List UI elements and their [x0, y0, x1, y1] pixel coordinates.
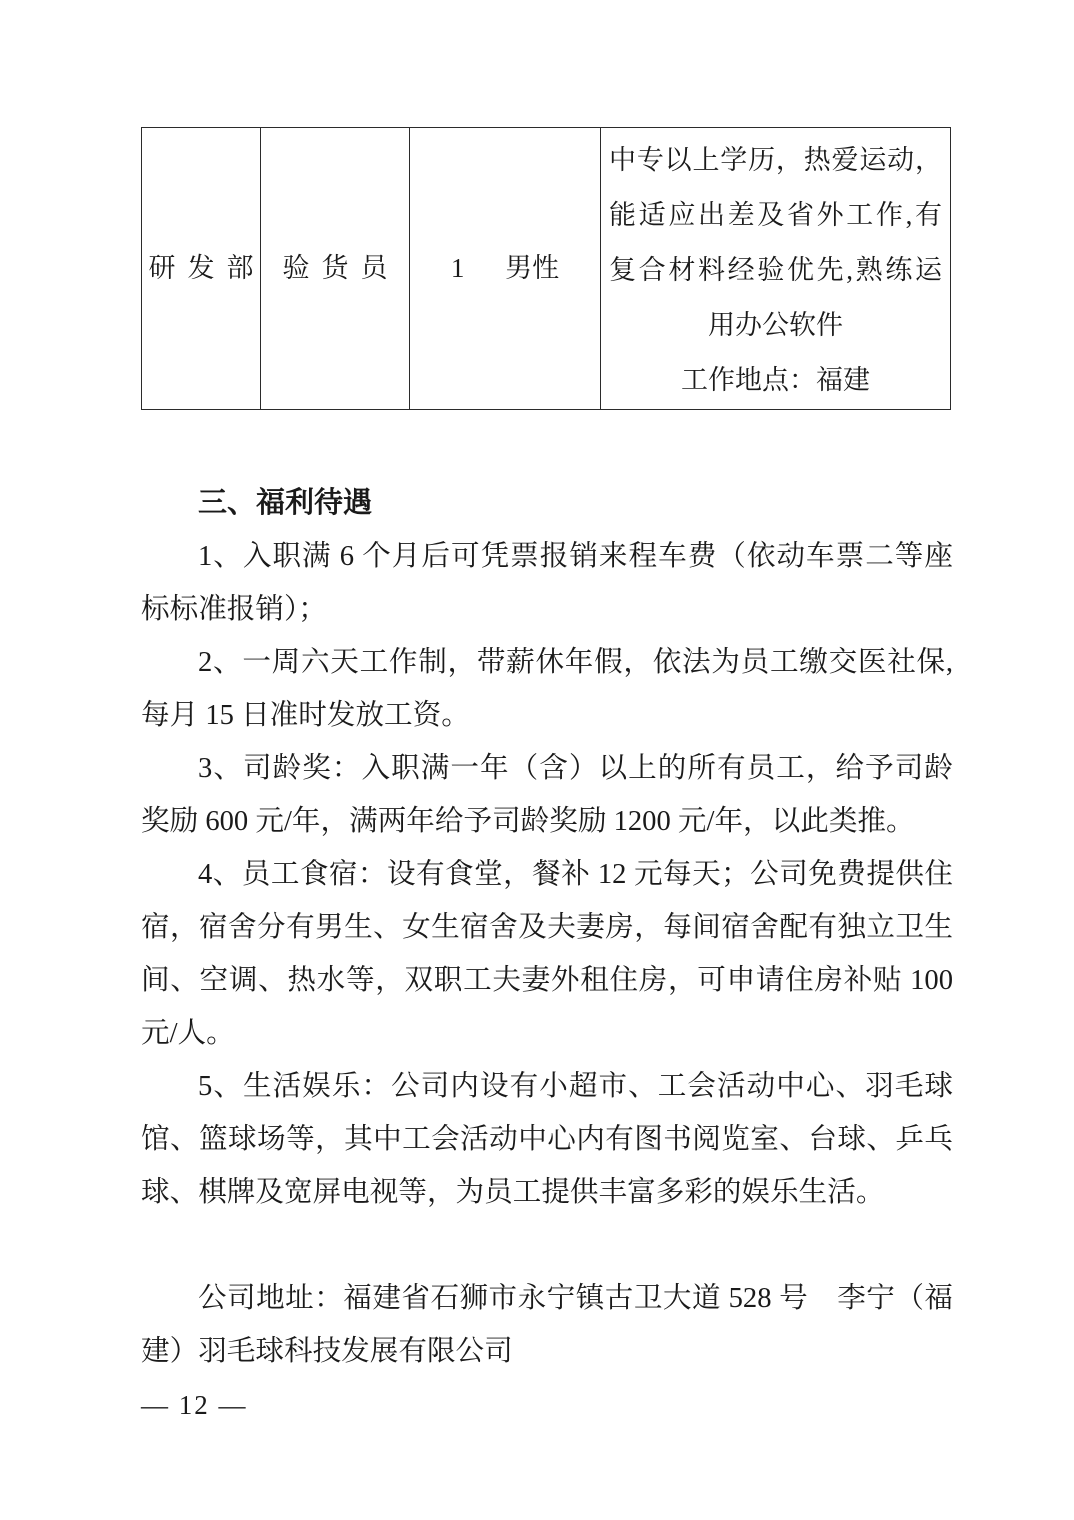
requirements-line: 复合材料经验优先,熟练运: [609, 243, 942, 298]
requirements-line: 用办公软件: [609, 298, 942, 353]
recruitment-table: 研发部 验货员 1 男性 中专以上学历，热爱运动， 能适应出差及省外工作,有 复…: [141, 127, 951, 410]
text-line: 奖励 600 元/年，满两年给予司龄奖励 1200 元/年，以此类推。: [141, 795, 953, 848]
text-line: 馆、篮球场等，其中工会活动中心内有图书阅览室、台球、乒乓: [141, 1113, 953, 1166]
benefits-item-2: 2、一周六天工作制，带薪休年假，依法为员工缴交医社保, 每月 15 日准时发放工…: [141, 636, 953, 742]
text-line: 3、司龄奖：入职满一年（含）以上的所有员工，给予司龄: [141, 742, 953, 795]
text-line: 元/人。: [141, 1007, 953, 1060]
text-line: 间、空调、热水等，双职工夫妻外租住房，可申请住房补贴 100: [141, 954, 953, 1007]
gender-value: 男性: [505, 252, 559, 284]
text-line: 标标准报销）；: [141, 583, 953, 636]
table-cell-position: 验货员: [261, 128, 410, 409]
department-value: 研发部: [142, 252, 261, 284]
benefits-item-3: 3、司龄奖：入职满一年（含）以上的所有员工，给予司龄 奖励 600 元/年，满两…: [141, 742, 953, 848]
text-line: 每月 15 日准时发放工资。: [141, 689, 953, 742]
table-cell-department: 研发部: [142, 128, 261, 409]
section-heading: 三、福利待遇: [141, 477, 953, 530]
requirements-line: 能适应出差及省外工作,有: [609, 188, 942, 243]
address-line: 公司地址：福建省石狮市永宁镇古卫大道 528 号 李宁（福: [141, 1272, 953, 1325]
position-value: 验货员: [271, 252, 400, 284]
blank-line: [141, 1219, 953, 1272]
address-line: 建）羽毛球科技发展有限公司: [141, 1325, 953, 1378]
text-line: 1、入职满 6 个月后可凭票报销来程车费（依动车票二等座: [141, 530, 953, 583]
text-line: 球、棋牌及宽屏电视等，为员工提供丰富多彩的娱乐生活。: [141, 1166, 953, 1219]
text-line: 宿，宿舍分有男生、女生宿舍及夫妻房，每间宿舍配有独立卫生: [141, 901, 953, 954]
benefits-item-1: 1、入职满 6 个月后可凭票报销来程车费（依动车票二等座 标标准报销）；: [141, 530, 953, 636]
text-line: 2、一周六天工作制，带薪休年假，依法为员工缴交医社保,: [141, 636, 953, 689]
benefits-section: 三、福利待遇 1、入职满 6 个月后可凭票报销来程车费（依动车票二等座 标标准报…: [141, 477, 953, 1378]
requirements-line: 中专以上学历，热爱运动，: [609, 133, 942, 188]
text-line: 5、生活娱乐：公司内设有小超市、工会活动中心、羽毛球: [141, 1060, 953, 1113]
page-number: — 12 —: [141, 1390, 248, 1421]
table-cell-headcount-gender: 1 男性: [410, 128, 601, 409]
company-address: 公司地址：福建省石狮市永宁镇古卫大道 528 号 李宁（福 建）羽毛球科技发展有…: [141, 1272, 953, 1378]
work-location-line: 工作地点：福建: [609, 353, 942, 408]
benefits-item-5: 5、生活娱乐：公司内设有小超市、工会活动中心、羽毛球 馆、篮球场等，其中工会活动…: [141, 1060, 953, 1219]
text-line: 4、员工食宿：设有食堂，餐补 12 元每天；公司免费提供住: [141, 848, 953, 901]
document-page: 研发部 验货员 1 男性 中专以上学历，热爱运动， 能适应出差及省外工作,有 复…: [0, 0, 1074, 1520]
table-cell-requirements: 中专以上学历，热爱运动， 能适应出差及省外工作,有 复合材料经验优先,熟练运 用…: [601, 128, 950, 409]
benefits-item-4: 4、员工食宿：设有食堂，餐补 12 元每天；公司免费提供住 宿，宿舍分有男生、女…: [141, 848, 953, 1060]
headcount-value: 1: [451, 252, 465, 284]
